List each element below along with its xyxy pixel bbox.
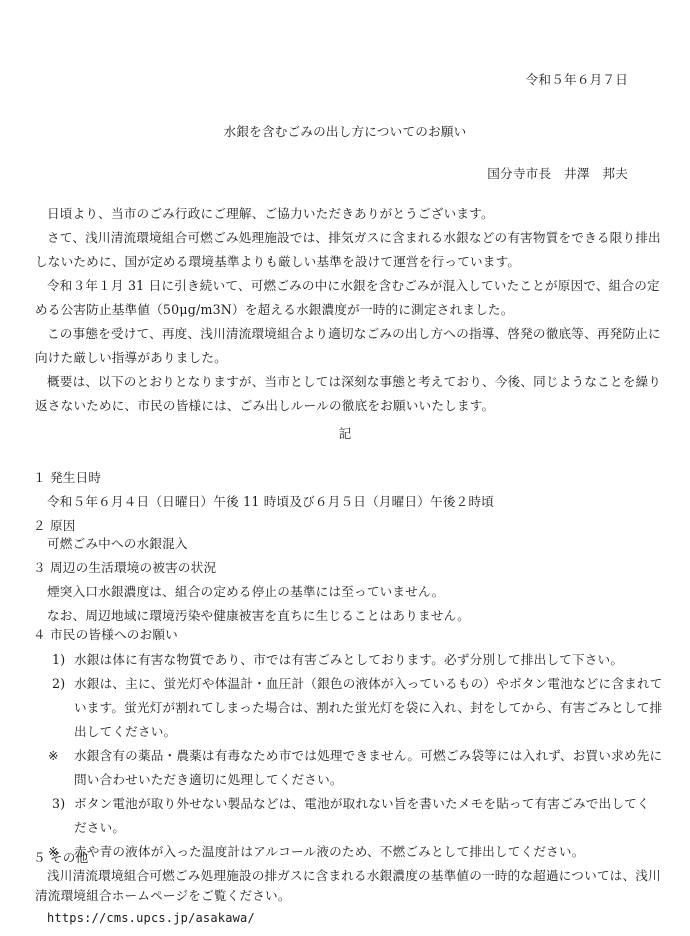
list-item-line: ボタン電池が取り外せない製品などは、電池が取れない旨を書いたメモを貼って有害ごみ…	[74, 796, 650, 812]
section-body-line: 煙突入口水銀濃度は、組合の定める停止の基準には至っていません。	[47, 584, 444, 600]
intro-line: 令和３年１月 31 日に引き続いて、可燃ごみの中に水銀を含むごみが混入していたこ…	[47, 278, 660, 294]
list-item-line: ださい。	[74, 820, 125, 836]
ki-heading: 記	[0, 426, 690, 442]
intro-line: しないために、国が定める環境基準よりも厳しい基準を設けて運営を行っています。	[35, 254, 520, 270]
intro-line: さて、浅川清流環境組合可燃ごみ処理施設では、排気ガスに含まれる水銀などの有害物質…	[47, 230, 661, 246]
intro-line: この事態を受けて、再度、浅川清流環境組合より適切なごみの出し方への指導、啓発の徹…	[47, 326, 661, 342]
intro-line: 向けた厳しい指導がありました。	[35, 350, 227, 366]
intro-line: 概要は、以下のとおりとなりますが、当市としては深刻な事態と考えており、今後、同じ…	[47, 374, 661, 390]
section-body-line: 清流環境組合ホームページをご覧ください。	[35, 888, 291, 904]
intro-line: める公害防止基準値（50μg/m3N）を超える水銀濃度が一時的に測定されました。	[35, 302, 514, 318]
section-body-line: なお、周辺地域に環境汚染や健康被害を直ちに生じることはありません。	[47, 608, 470, 624]
document-sender: 国分寺市長 井澤 邦夫	[487, 166, 628, 182]
section-heading: ４ 市民の皆様へのお願い	[33, 627, 178, 643]
intro-line: 日頃より、当市のごみ行政にご理解、ご協力いただきありがとうございます。	[47, 206, 494, 222]
list-item-line: 出してください。	[74, 724, 176, 740]
section-heading: ５ その他	[33, 850, 88, 866]
list-marker: ※	[48, 748, 59, 764]
list-item-line: 赤や青の液体が入った温度計はアルコール液のため、不燃ごみとして排出してください。	[74, 844, 585, 860]
section-body: 可燃ごみ中への水銀混入	[47, 536, 188, 552]
asakawa-homepage-link[interactable]: https://cms.upcs.jp/asakawa/	[47, 910, 255, 926]
section-body: 令和５年６月４日（日曜日）午後 11 時頃及び６月５日（月曜日）午後２時頃	[47, 494, 494, 510]
list-item-line: います。蛍光灯が割れてしまった場合は、割れた蛍光灯を袋に入れ、封をしてから、有害…	[74, 700, 662, 716]
section-heading: １ 発生日時	[33, 470, 101, 486]
list-marker: 3)	[52, 796, 65, 812]
list-marker: 2)	[52, 676, 65, 692]
list-marker: 1)	[52, 652, 65, 668]
list-item-line: 水銀含有の薬品・農薬は有毒なため市では処理できません。可燃ごみ袋等には入れず、お…	[74, 748, 662, 764]
section-heading: ２ 原因	[33, 518, 76, 534]
document-title: 水銀を含むごみの出し方についてのお願い	[0, 124, 690, 140]
list-item-line: 問い合わせいただき適切に処理してください。	[74, 772, 343, 788]
document-date: 令和５年６月７日	[526, 72, 628, 88]
intro-line: 返さないために、市民の皆様には、ごみ出しルールの徹底をお願いいたします。	[35, 398, 494, 414]
section-body-line: 浅川清流環境組合可燃ごみ処理施設の排ガスに含まれる水銀濃度の基準値の一時的な超過…	[47, 868, 661, 884]
section-heading: ３ 周辺の生活環境の被害の状況	[33, 560, 216, 576]
list-item-line: 水銀は体に有害な物質であり、市では有害ごみとしております。必ず分別して排出して下…	[74, 652, 623, 668]
list-item-line: 水銀は、主に、蛍光灯や体温計・血圧計（銀色の液体が入っているもの）やボタン電池な…	[74, 676, 663, 692]
